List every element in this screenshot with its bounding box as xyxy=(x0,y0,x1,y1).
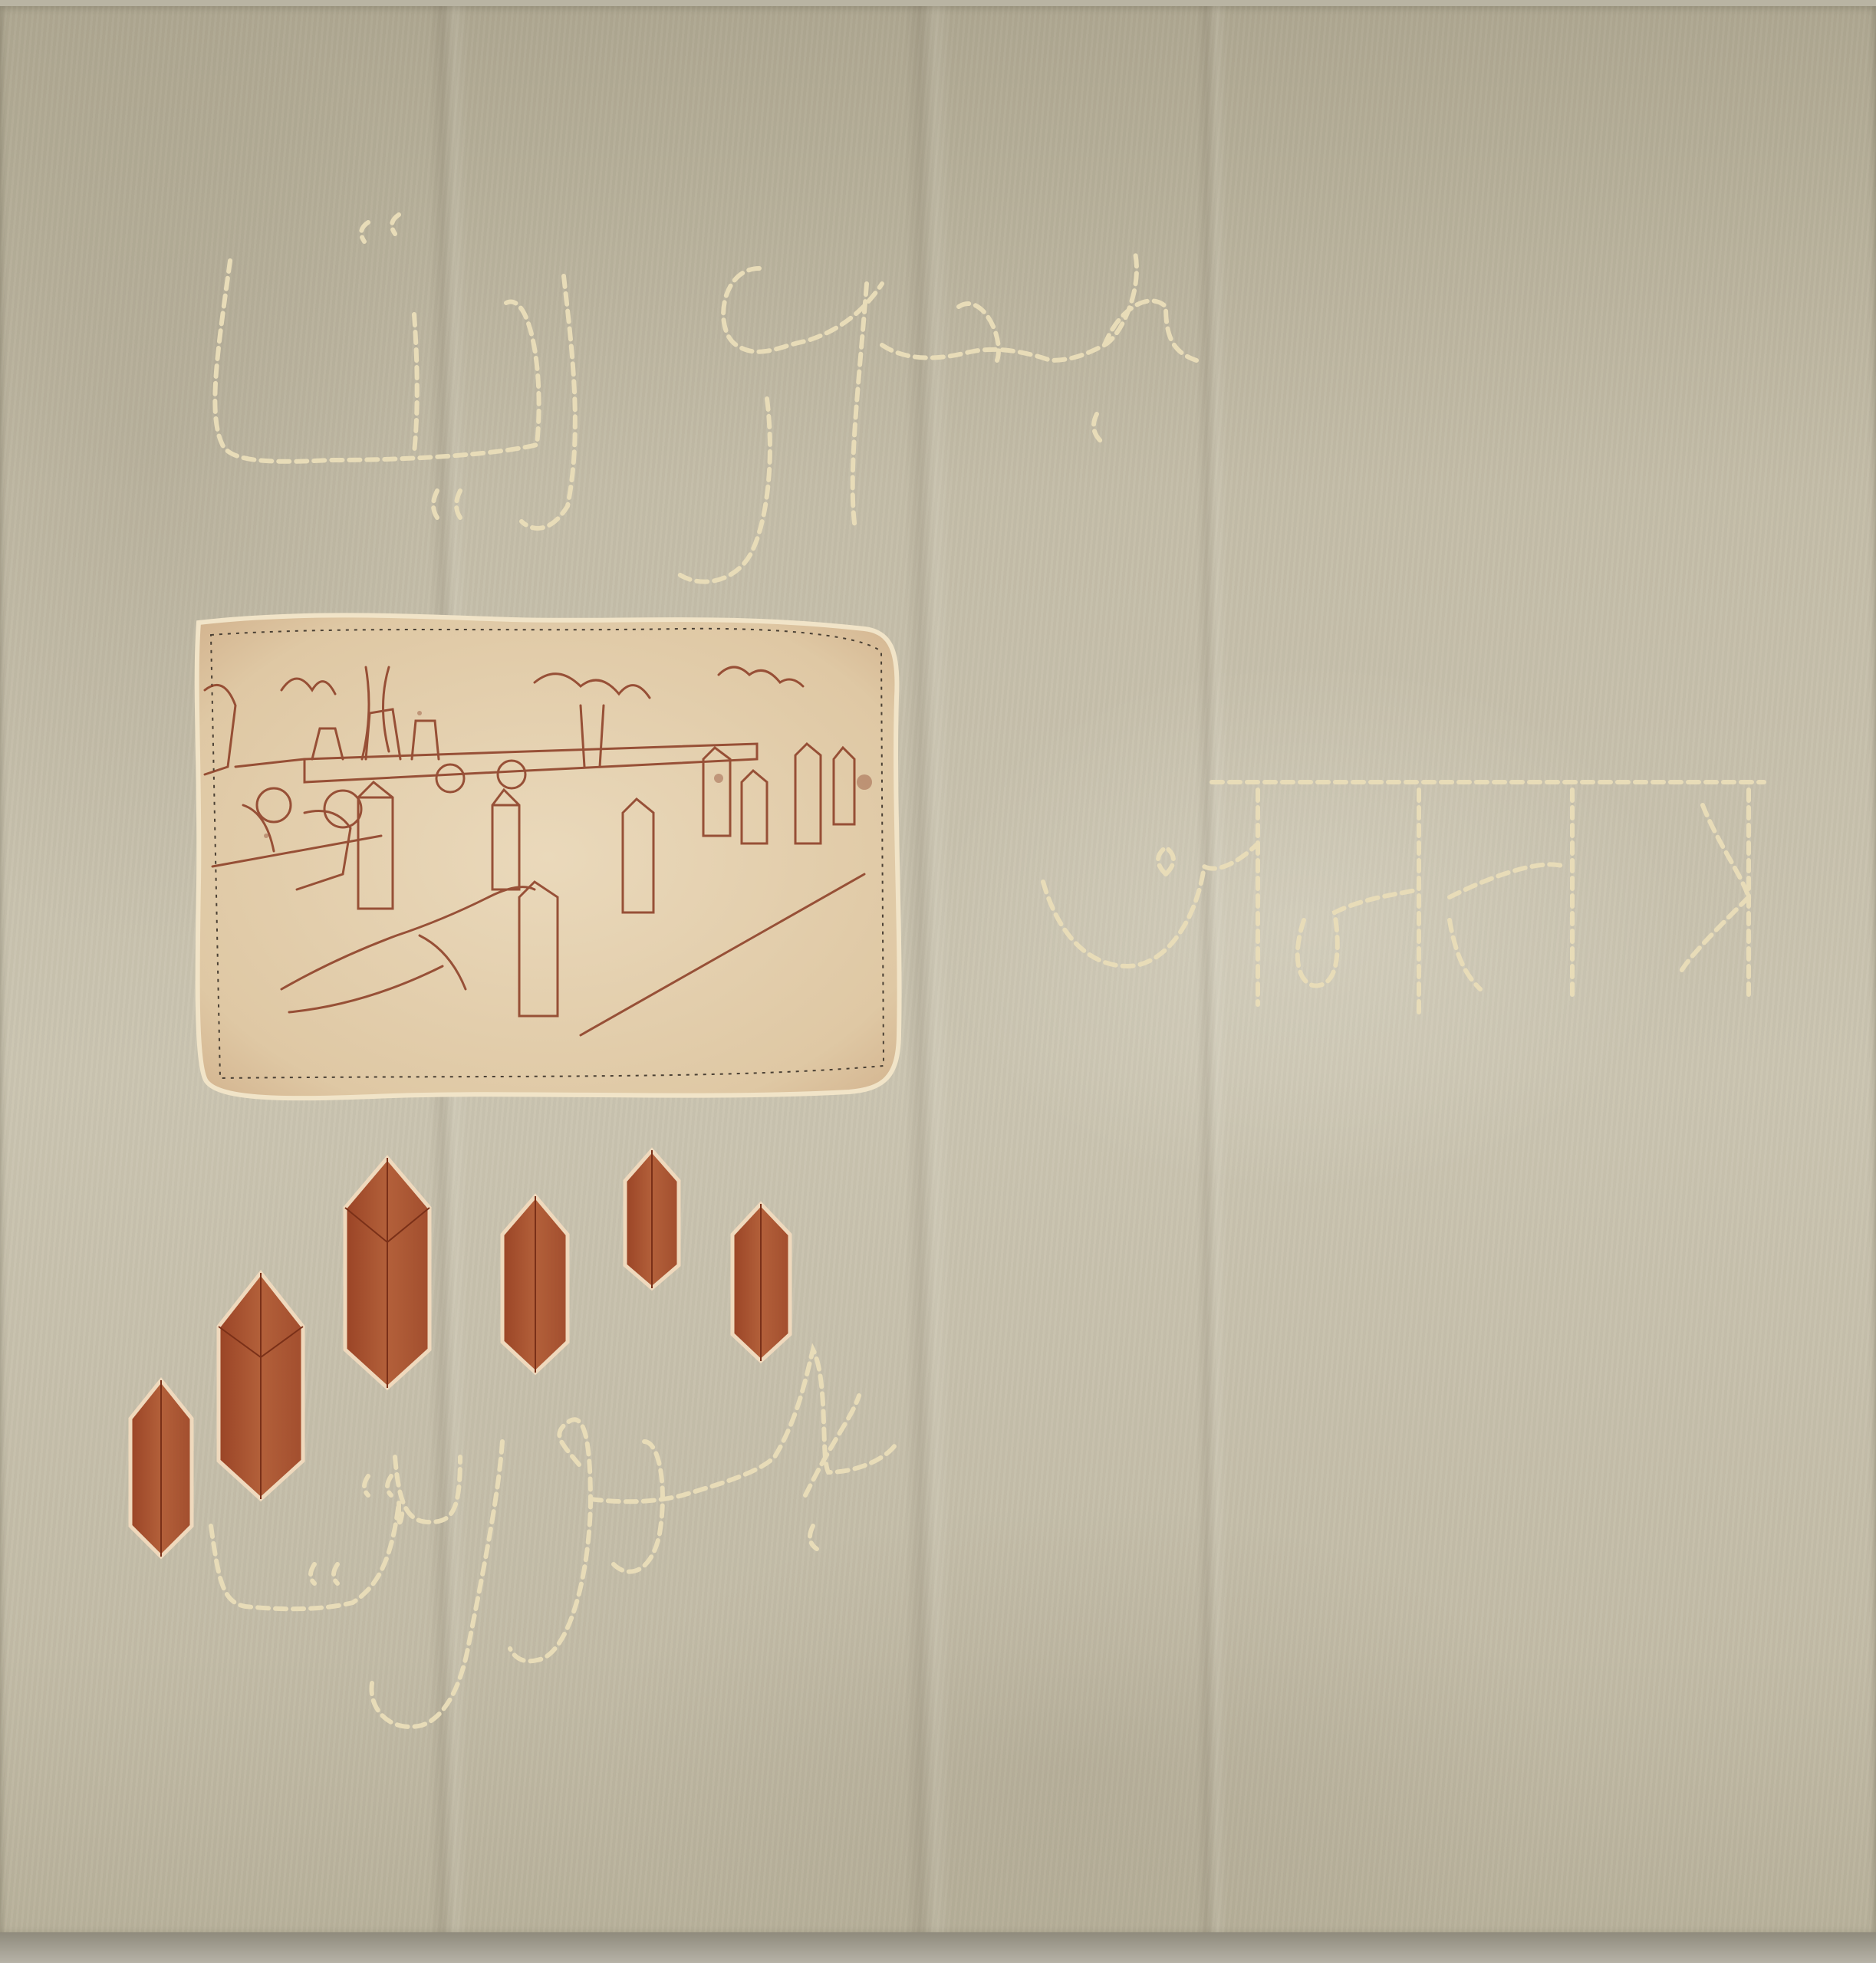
paper-fold xyxy=(1196,6,1227,1938)
street-scene-drawing xyxy=(189,606,910,1104)
collage-print xyxy=(189,606,910,1104)
paper-bottom-edge xyxy=(0,1932,1876,1963)
paper-fold xyxy=(905,6,951,1938)
